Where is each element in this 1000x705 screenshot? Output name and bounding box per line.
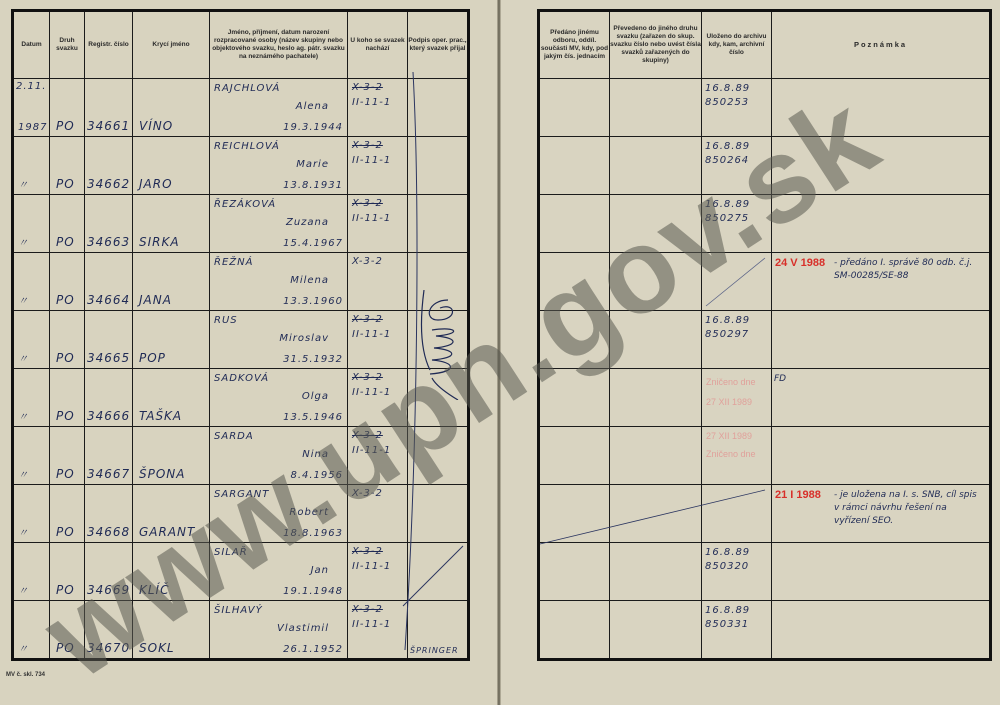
note-cell	[772, 601, 991, 660]
cover-name: SOKL	[139, 641, 175, 655]
signature-name: ŠPRINGER	[410, 646, 459, 655]
reg-cell: 34661	[85, 79, 133, 137]
firstname: Marie	[296, 159, 329, 170]
location-cell: X-3-2 II-11-1	[348, 543, 408, 601]
converted-cell	[610, 137, 702, 195]
date-cell: 〃	[13, 427, 50, 485]
location-old: X-3-2	[352, 140, 383, 151]
note-cell: FD	[772, 369, 991, 427]
reg-cell: 34667	[85, 427, 133, 485]
firstname: Nina	[302, 449, 329, 460]
reg-number: 34667	[87, 467, 130, 481]
archive-date: 16.8.89	[705, 83, 750, 94]
person-cell: ŠILHAVÝ Vlastimil 26.1.1952	[210, 601, 348, 660]
location-new: II-11-1	[352, 213, 391, 224]
reg-cell: 34668	[85, 485, 133, 543]
reg-number: 34668	[87, 525, 130, 539]
ledger-row: 21 I 1988 - je uložena na I. s. SNB, cíl…	[539, 485, 991, 543]
location-old: X-3-2	[352, 488, 383, 499]
type-cell: PO	[50, 369, 85, 427]
header-archived: Uloženo do archivu kdy, kam, archivní čí…	[702, 11, 772, 79]
cover-cell: ŠPONA	[133, 427, 210, 485]
date-cell: 〃	[13, 253, 50, 311]
destroyed-stamp-date: 27 XII 1989	[706, 431, 752, 441]
cover-cell: POP	[133, 311, 210, 369]
person-cell: RAJCHLOVÁ Alena 19.3.1944	[210, 79, 348, 137]
cover-name: ŠPONA	[139, 467, 185, 481]
date-cell: 〃	[13, 601, 50, 660]
location-new: II-11-1	[352, 445, 391, 456]
archive-cell	[702, 253, 772, 311]
surname: RAJCHLOVÁ	[214, 83, 280, 94]
cover-name: POP	[139, 351, 166, 365]
converted-cell	[610, 601, 702, 660]
file-type: PO	[56, 409, 75, 423]
person-cell: SARDA Nina 8.4.1956	[210, 427, 348, 485]
type-cell: PO	[50, 253, 85, 311]
archive-cell: 27 XII 1989 Zničeno dne	[702, 427, 772, 485]
transferred-cell	[539, 601, 610, 660]
cover-cell: GARANT	[133, 485, 210, 543]
date-cell: 〃	[13, 543, 50, 601]
date-value: 〃	[18, 524, 29, 539]
date-value: 〃	[18, 408, 29, 423]
transferred-cell	[539, 195, 610, 253]
transferred-cell	[539, 311, 610, 369]
surname: ŘEŽNÁ	[214, 257, 253, 268]
cover-cell: JANA	[133, 253, 210, 311]
ledger-row: 〃 PO 34669 KLÍČ SILAŘ Jan 19.1.1948 X-3-…	[13, 543, 469, 601]
location-cell: X-3-2 II-11-1	[348, 79, 408, 137]
transferred-cell	[539, 137, 610, 195]
firstname: Vlastimil	[277, 623, 329, 634]
firstname: Zuzana	[286, 217, 329, 228]
person-cell: SILAŘ Jan 19.1.1948	[210, 543, 348, 601]
surname: SARGANT	[214, 489, 269, 500]
file-type: PO	[56, 525, 75, 539]
birth-date: 13.3.1960	[283, 296, 343, 307]
header-signature: Podpis oper. prac., který svazek přijal	[408, 11, 469, 79]
ledger-row: 〃 PO 34666 TAŠKA SADKOVÁ Olga 13.5.1946 …	[13, 369, 469, 427]
date-value: 〃	[18, 582, 29, 597]
date-top: 2.11.	[16, 81, 46, 92]
location-old: X-3-2	[352, 82, 383, 93]
ledger-row: 16.8.89 850297	[539, 311, 991, 369]
firstname: Miroslav	[279, 333, 329, 344]
location-cell: X-3-2 II-11-1	[348, 137, 408, 195]
file-type: PO	[56, 293, 75, 307]
cover-cell: JARO	[133, 137, 210, 195]
cover-name: JARO	[139, 177, 173, 191]
ledger-row: Zničeno dne 27 XII 1989 FD	[539, 369, 991, 427]
header-transferred: Předáno jinému odboru, oddíl. součásti M…	[539, 11, 610, 79]
header-converted: Převedeno do jiného druhu svazku (zařaze…	[610, 11, 702, 79]
surname: RUS	[214, 315, 238, 326]
reg-cell: 34666	[85, 369, 133, 427]
file-type: PO	[56, 119, 75, 133]
birth-date: 13.8.1931	[283, 180, 343, 191]
converted-cell	[610, 543, 702, 601]
archive-cell: 16.8.89 850331	[702, 601, 772, 660]
note-cell	[772, 543, 991, 601]
file-type: PO	[56, 467, 75, 481]
ledger-row: 27 XII 1989 Zničeno dne	[539, 427, 991, 485]
archive-cell: 16.8.89 850253	[702, 79, 772, 137]
form-code: MV č. skl. 734	[6, 672, 45, 678]
type-cell: PO	[50, 485, 85, 543]
cover-name: KLÍČ	[139, 583, 169, 597]
location-cell: X-3-2 II-11-1	[348, 311, 408, 369]
transferred-cell	[539, 427, 610, 485]
archive-cell	[702, 485, 772, 543]
converted-cell	[610, 79, 702, 137]
location-cell: X-3-2 II-11-1	[348, 369, 408, 427]
birth-date: 31.5.1932	[283, 354, 343, 365]
location-old: X-3-2	[352, 604, 383, 615]
right-header-row: Předáno jinému odboru, oddíl. součásti M…	[539, 11, 991, 79]
reg-number: 34670	[87, 641, 130, 655]
firstname: Jan	[311, 565, 329, 576]
ledger-row: 〃 PO 34662 JARO REICHLOVÁ Marie 13.8.193…	[13, 137, 469, 195]
location-new: II-11-1	[352, 561, 391, 572]
signature-cell	[408, 369, 469, 427]
birth-date: 18.8.1963	[283, 528, 343, 539]
note-cell	[772, 79, 991, 137]
note-date-stamp: 24 V 1988	[775, 257, 825, 269]
birth-date: 13.5.1946	[283, 412, 343, 423]
archive-cell: 16.8.89 850320	[702, 543, 772, 601]
person-cell: SARGANT Robert 18.8.1963	[210, 485, 348, 543]
cover-name: JANA	[139, 293, 172, 307]
reg-cell: 34669	[85, 543, 133, 601]
note-cell	[772, 311, 991, 369]
location-old: X-3-2	[352, 546, 383, 557]
reg-cell: 34664	[85, 253, 133, 311]
location-old: X-3-2	[352, 430, 383, 441]
reg-cell: 34663	[85, 195, 133, 253]
location-new: II-11-1	[352, 619, 391, 630]
date-cell: 2.11. 1987	[13, 79, 50, 137]
location-cell: X-3-2	[348, 485, 408, 543]
location-new: II-11-1	[352, 155, 391, 166]
header-location: U koho se svazek nachází	[348, 11, 408, 79]
person-cell: SADKOVÁ Olga 13.5.1946	[210, 369, 348, 427]
location-old: X-3-2	[352, 314, 383, 325]
right-ledger-table: Předáno jinému odboru, oddíl. součásti M…	[537, 9, 992, 661]
type-cell: PO	[50, 543, 85, 601]
date-cell: 〃	[13, 195, 50, 253]
header-note: Poznámka	[772, 11, 991, 79]
converted-cell	[610, 195, 702, 253]
date-cell: 〃	[13, 137, 50, 195]
location-cell: X-3-2 II-11-1	[348, 427, 408, 485]
file-type: PO	[56, 641, 75, 655]
reg-number: 34666	[87, 409, 130, 423]
note-text: - předáno I. správě 80 odb. č.j. SM-0028…	[834, 257, 984, 283]
reg-number: 34663	[87, 235, 130, 249]
archive-number: 850297	[705, 329, 749, 340]
ledger-row: 2.11. 1987 PO 34661 VÍNO RAJCHLOVÁ Alena…	[13, 79, 469, 137]
location-cell: X-3-2 II-11-1	[348, 601, 408, 660]
person-cell: REICHLOVÁ Marie 13.8.1931	[210, 137, 348, 195]
location-cell: X-3-2	[348, 253, 408, 311]
reg-number: 34664	[87, 293, 130, 307]
reg-number: 34669	[87, 583, 130, 597]
type-cell: PO	[50, 79, 85, 137]
archive-number: 850320	[705, 561, 749, 572]
reg-number: 34661	[87, 119, 130, 133]
ledger-row: 16.8.89 850264	[539, 137, 991, 195]
transferred-cell	[539, 253, 610, 311]
transferred-cell	[539, 79, 610, 137]
surname: SILAŘ	[214, 547, 248, 558]
reg-number: 34662	[87, 177, 130, 191]
converted-cell	[610, 253, 702, 311]
converted-cell	[610, 485, 702, 543]
reg-cell: 34665	[85, 311, 133, 369]
location-old: X-3-2	[352, 198, 383, 209]
signature-cell	[408, 543, 469, 601]
type-cell: PO	[50, 311, 85, 369]
note-cell	[772, 195, 991, 253]
birth-date: 19.1.1948	[283, 586, 343, 597]
destroyed-stamp-date: 27 XII 1989	[706, 397, 752, 407]
ledger-row: 16.8.89 850275	[539, 195, 991, 253]
date-cell: 〃	[13, 369, 50, 427]
archive-cell: Zničeno dne 27 XII 1989	[702, 369, 772, 427]
archive-number: 850253	[705, 97, 749, 108]
converted-cell	[610, 311, 702, 369]
surname: SADKOVÁ	[214, 373, 269, 384]
archive-date: 16.8.89	[705, 315, 750, 326]
header-reg-number: Registr. číslo	[85, 11, 133, 79]
person-cell: RUS Miroslav 31.5.1932	[210, 311, 348, 369]
cover-cell: SIRKA	[133, 195, 210, 253]
header-person: Jméno, příjmení, datum narození rozpraco…	[210, 11, 348, 79]
date-value: 〃	[18, 234, 29, 249]
person-cell: ŘEZÁKOVÁ Zuzana 15.4.1967	[210, 195, 348, 253]
firstname: Alena	[296, 101, 329, 112]
archive-cell: 16.8.89 850275	[702, 195, 772, 253]
transferred-cell	[539, 369, 610, 427]
destroyed-stamp-label: Zničeno dne	[706, 449, 756, 459]
date-value: 〃	[18, 350, 29, 365]
firstname: Milena	[290, 275, 329, 286]
date-value: 〃	[18, 176, 29, 191]
date-value: 〃	[18, 292, 29, 307]
archive-number: 850264	[705, 155, 749, 166]
type-cell: PO	[50, 137, 85, 195]
destroyed-stamp-label: Zničeno dne	[706, 377, 756, 387]
birth-date: 15.4.1967	[283, 238, 343, 249]
note-cell: 21 I 1988 - je uložena na I. s. SNB, cíl…	[772, 485, 991, 543]
location-cell: X-3-2 II-11-1	[348, 195, 408, 253]
ledger-row: 〃 PO 34667 ŠPONA SARDA Nina 8.4.1956 X-3…	[13, 427, 469, 485]
left-header-row: Datum Druh svazku Registr. číslo Krycí j…	[13, 11, 469, 79]
ledger-row: 〃 PO 34668 GARANT SARGANT Robert 18.8.19…	[13, 485, 469, 543]
date-value: 〃	[18, 466, 29, 481]
header-date: Datum	[13, 11, 50, 79]
archive-number: 850331	[705, 619, 749, 630]
birth-date: 26.1.1952	[283, 644, 343, 655]
converted-cell	[610, 427, 702, 485]
ledger-row: 16.8.89 850320	[539, 543, 991, 601]
archive-date: 16.8.89	[705, 605, 750, 616]
signature-cell	[408, 427, 469, 485]
cover-name: TAŠKA	[139, 409, 182, 423]
signature-cell	[408, 137, 469, 195]
ledger-row: 16.8.89 850253	[539, 79, 991, 137]
signature-cell	[408, 195, 469, 253]
surname: ŠILHAVÝ	[214, 605, 263, 616]
surname: ŘEZÁKOVÁ	[214, 199, 276, 210]
person-cell: ŘEŽNÁ Milena 13.3.1960	[210, 253, 348, 311]
date-value: 1987	[18, 122, 47, 133]
location-new: II-11-1	[352, 97, 391, 108]
ledger-row: 〃 PO 34663 SIRKA ŘEZÁKOVÁ Zuzana 15.4.19…	[13, 195, 469, 253]
transferred-cell	[539, 485, 610, 543]
ledger-row: 16.8.89 850331	[539, 601, 991, 660]
note-text: - je uložena na I. s. SNB, cíl spis v rá…	[834, 489, 984, 528]
date-cell: 〃	[13, 485, 50, 543]
archive-date: 16.8.89	[705, 547, 750, 558]
location-new: II-11-1	[352, 329, 391, 340]
reg-number: 34665	[87, 351, 130, 365]
cover-name: GARANT	[139, 525, 195, 539]
note-date-stamp: 21 I 1988	[775, 489, 821, 501]
header-cover-name: Krycí jméno	[133, 11, 210, 79]
reg-cell: 34670	[85, 601, 133, 660]
left-ledger-table: Datum Druh svazku Registr. číslo Krycí j…	[11, 9, 470, 661]
ledger-row: 〃 PO 34670 SOKL ŠILHAVÝ Vlastimil 26.1.1…	[13, 601, 469, 660]
transferred-cell	[539, 543, 610, 601]
ledger-row: 〃 PO 34665 POP RUS Miroslav 31.5.1932 X-…	[13, 311, 469, 369]
location-old: X-3-2	[352, 256, 383, 267]
header-file-type: Druh svazku	[50, 11, 85, 79]
birth-date: 8.4.1956	[290, 470, 343, 481]
archive-date: 16.8.89	[705, 199, 750, 210]
surname: REICHLOVÁ	[214, 141, 280, 152]
note-cell	[772, 427, 991, 485]
book-gutter	[497, 0, 501, 705]
date-value: 〃	[18, 640, 29, 655]
signature-cell	[408, 311, 469, 369]
file-type: PO	[56, 235, 75, 249]
location-new: II-11-1	[352, 387, 391, 398]
archive-cell: 16.8.89 850264	[702, 137, 772, 195]
cover-name: SIRKA	[139, 235, 180, 249]
note-cell	[772, 137, 991, 195]
cover-cell: TAŠKA	[133, 369, 210, 427]
archive-cell: 16.8.89 850297	[702, 311, 772, 369]
note-text: FD	[774, 373, 974, 386]
cover-cell: VÍNO	[133, 79, 210, 137]
archive-date: 16.8.89	[705, 141, 750, 152]
signature-cell: ŠPRINGER	[408, 601, 469, 660]
birth-date: 19.3.1944	[283, 122, 343, 133]
firstname: Robert	[289, 507, 329, 518]
firstname: Olga	[302, 391, 329, 402]
type-cell: PO	[50, 601, 85, 660]
type-cell: PO	[50, 427, 85, 485]
file-type: PO	[56, 177, 75, 191]
cover-cell: SOKL	[133, 601, 210, 660]
cover-cell: KLÍČ	[133, 543, 210, 601]
cover-name: VÍNO	[139, 119, 173, 133]
location-old: X-3-2	[352, 372, 383, 383]
file-type: PO	[56, 351, 75, 365]
signature-cell	[408, 253, 469, 311]
reg-cell: 34662	[85, 137, 133, 195]
surname: SARDA	[214, 431, 254, 442]
signature-cell	[408, 485, 469, 543]
date-cell: 〃	[13, 311, 50, 369]
ledger-row: 〃 PO 34664 JANA ŘEŽNÁ Milena 13.3.1960 X…	[13, 253, 469, 311]
type-cell: PO	[50, 195, 85, 253]
signature-cell	[408, 79, 469, 137]
note-cell: 24 V 1988 - předáno I. správě 80 odb. č.…	[772, 253, 991, 311]
file-type: PO	[56, 583, 75, 597]
converted-cell	[610, 369, 702, 427]
ledger-row: 24 V 1988 - předáno I. správě 80 odb. č.…	[539, 253, 991, 311]
archive-number: 850275	[705, 213, 749, 224]
